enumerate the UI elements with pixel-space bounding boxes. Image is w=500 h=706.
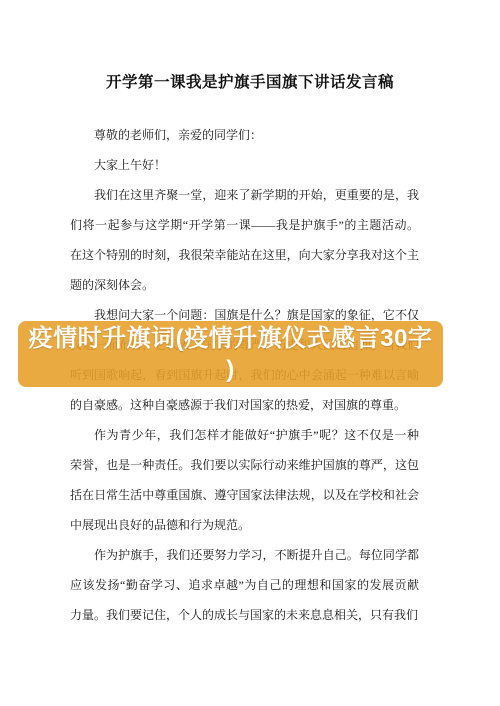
paragraph-6-line-1: 作为护旗手，我们还要努力学习，不断提升自己。每位同学都 [70, 540, 419, 570]
paragraph-5-line-2: 荣誉，也是一种责任。我们要以实际行动来维护国旗的尊严，这包 [70, 450, 419, 480]
paragraph-6-line-2: 应该发扬“勤奋学习、追求卓越”为自己的理想和国家的发展贡献 [70, 570, 419, 600]
paragraph-3-line-4: 题的深刻体会。 [70, 270, 419, 300]
paragraph-2-line-1: 大家上午好！ [70, 150, 419, 180]
paragraph-5-line-4: 中展现出良好的品德和行为规范。 [70, 510, 419, 540]
paragraph-5-line-1: 作为青少年，我们怎样才能做好“护旗手”呢？这不仅是一种 [70, 420, 419, 450]
document-title: 开学第一课我是护旗手国旗下讲话发言稿 [0, 68, 500, 98]
paragraph-3-line-1: 我们在这里齐聚一堂，迎来了新学期的开始，更重要的是，我 [70, 180, 419, 210]
document-page: 开学第一课我是护旗手国旗下讲话发言稿 尊敬的老师们，亲爱的同学们：大家上午好！我… [0, 0, 500, 706]
paragraph-3-line-3: 在这个特别的时刻，我很荣幸能站在这里，向大家分享我对这个主 [70, 240, 419, 270]
overlay-watermark-banner: 疫情时升旗词(疫情升旗仪式感言30字 ) [18, 321, 443, 387]
overlay-banner-line2: ) [18, 354, 443, 385]
paragraph-3-line-2: 们将一起参与这学期“开学第一课——我是护旗手”的主题活动。 [70, 210, 419, 240]
paragraph-4-line-4: 的自豪感。这种自豪感源于我们对国家的热爱，对国旗的尊重。 [70, 390, 419, 420]
paragraph-6-line-3: 力量。我们要记住，个人的成长与国家的未来息息相关，只有我们 [70, 600, 419, 630]
overlay-banner-line1: 疫情时升旗词(疫情升旗仪式感言30字 [18, 323, 443, 354]
paragraph-5-line-3: 括在日常生活中尊重国旗、遵守国家法律法规，以及在学校和社会 [70, 480, 419, 510]
paragraph-1-line-1: 尊敬的老师们，亲爱的同学们： [70, 120, 419, 150]
